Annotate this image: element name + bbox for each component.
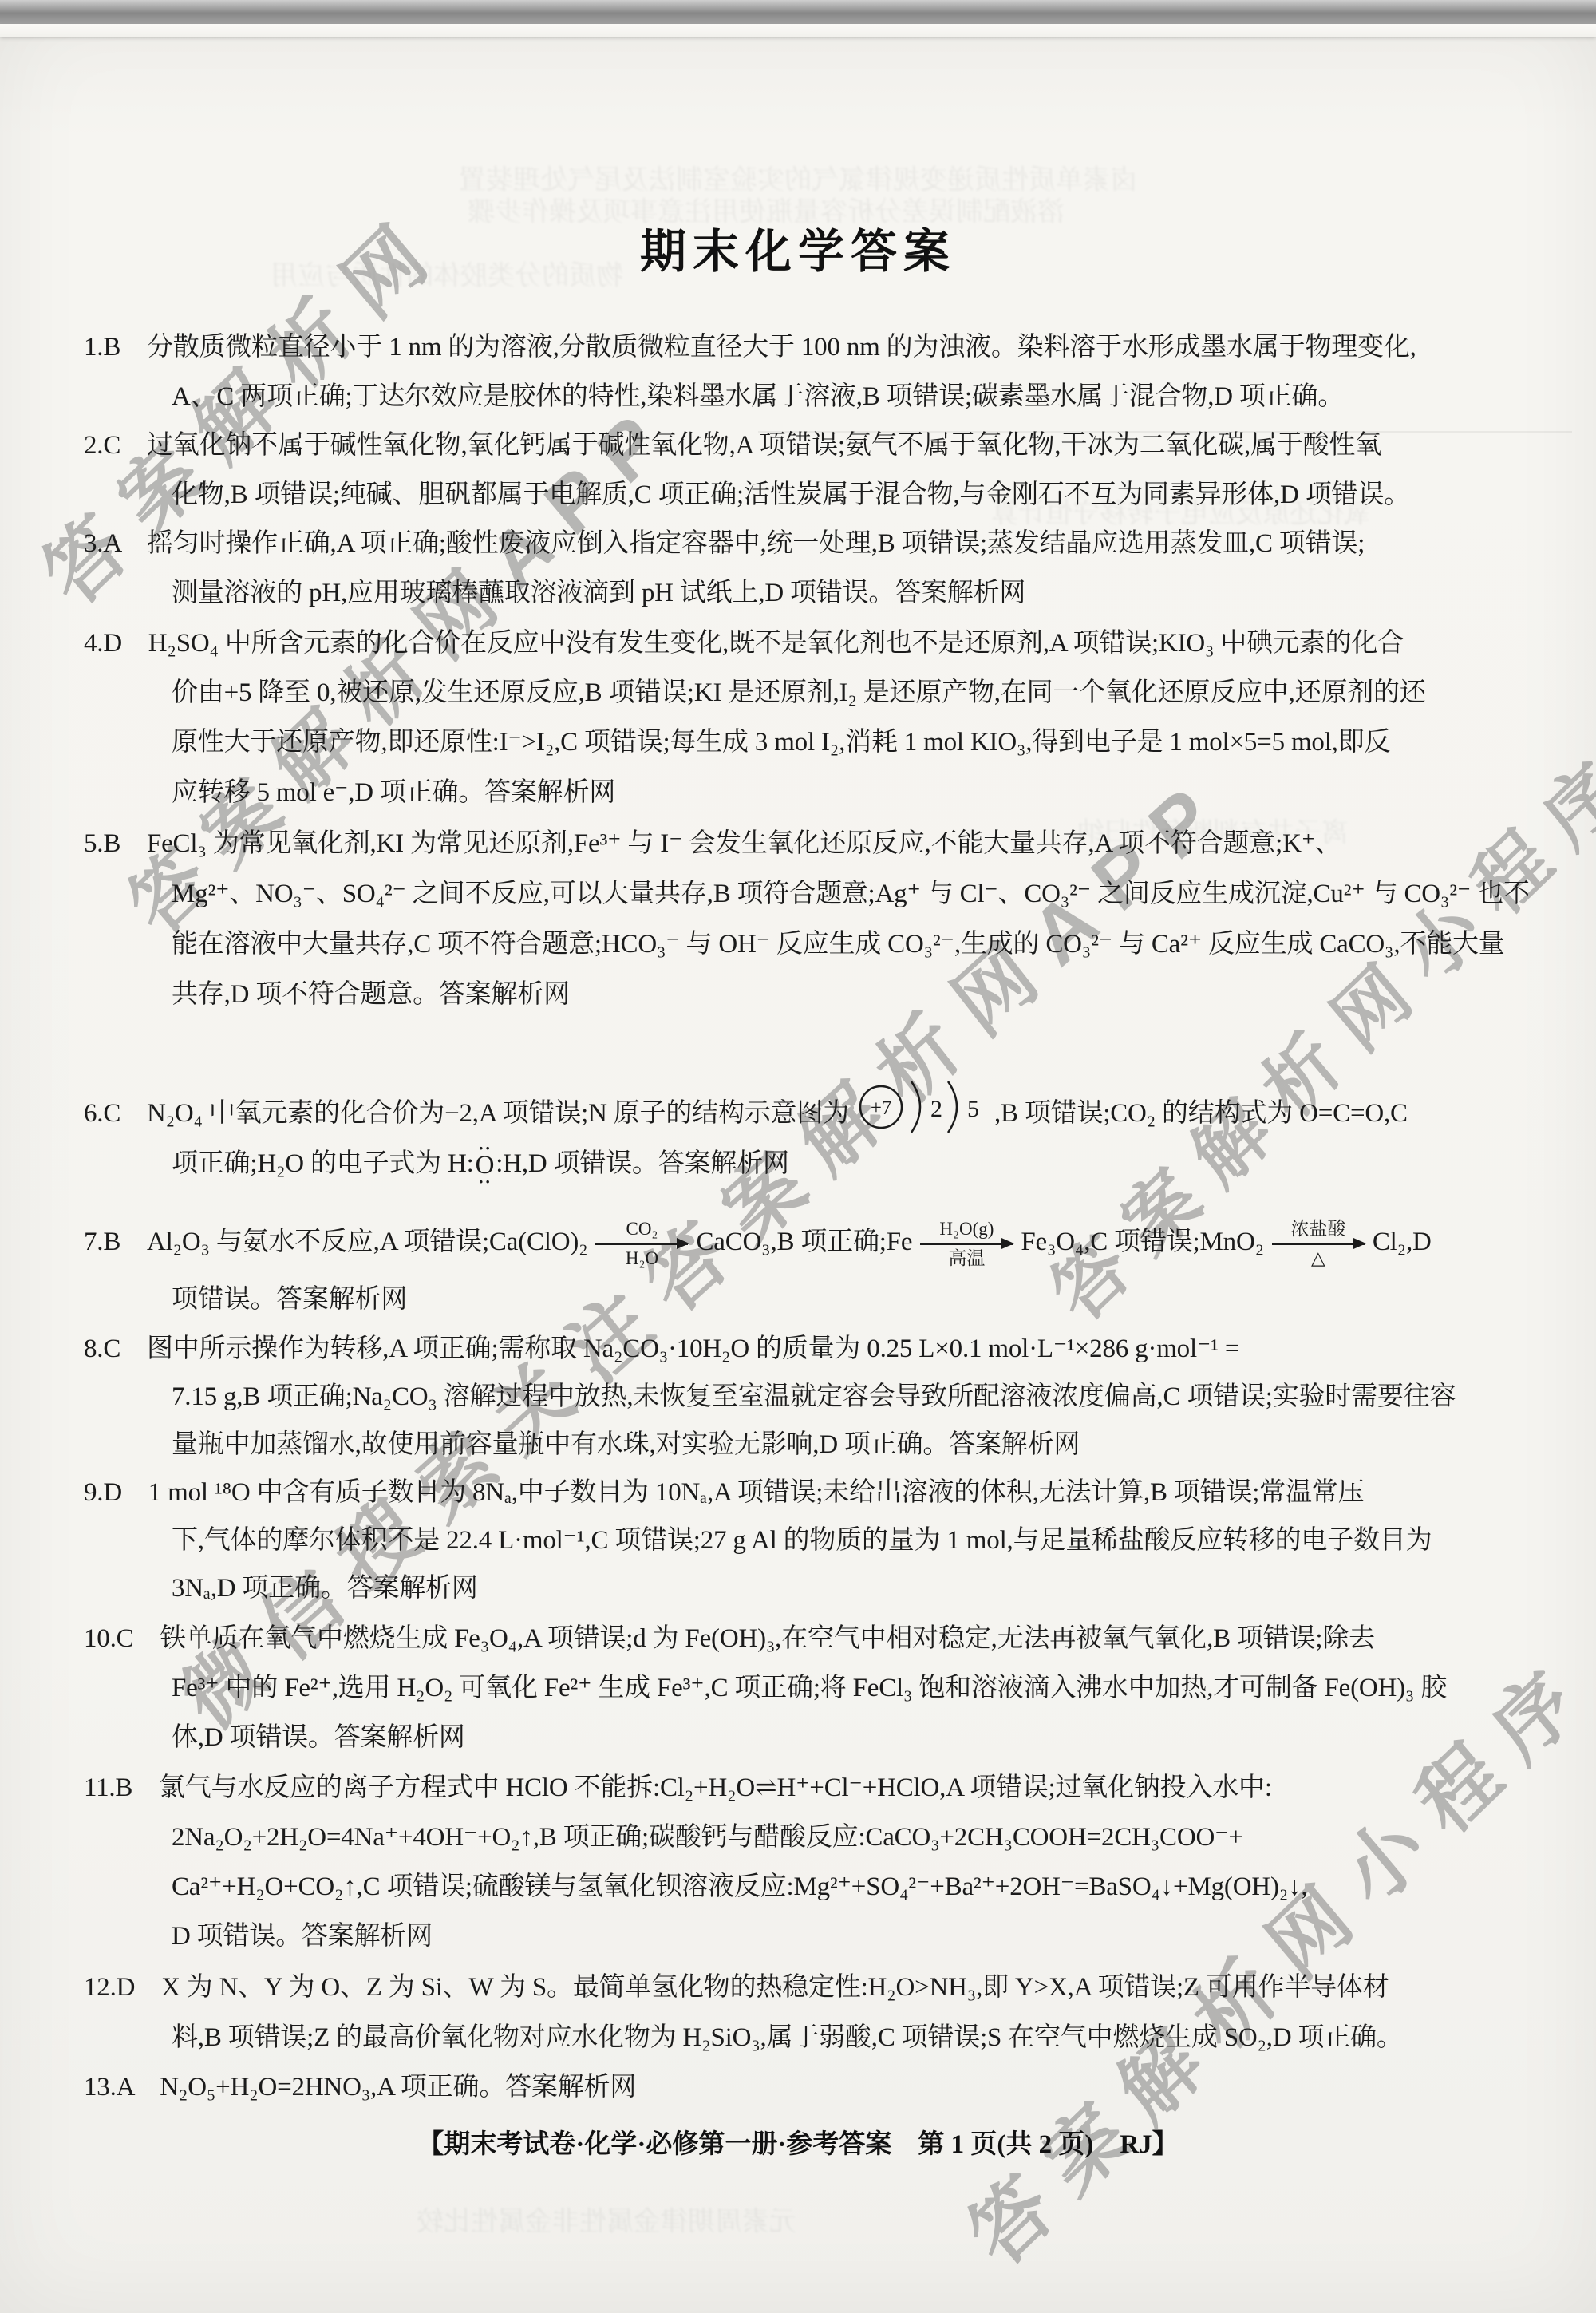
answer-line: 3.A 摇匀时操作正确,A 项正确;酸性废液应倒入指定容器中,统一处理,B 项错… [84, 519, 1365, 568]
answer-line: 7.B Al₂O₃ 与氨水不反应,A 项错误;Ca(ClO)₂CO₂H₂OCaC… [84, 1217, 1432, 1267]
answer-line: 2.C 过氧化钠不属于碱性氧化物,氧化钙属于碱性氧化物,A 项错误;氨气不属于氧… [84, 421, 1381, 470]
answer-text: 10.C 铁单质在氧气中燃烧生成 Fe₃O₄,A 项错误;d 为 Fe(OH)₃… [84, 1624, 1375, 1653]
answer-line: 项正确;H₂O 的电子式为 H:··O··:H,D 项错误。答案解析网 [172, 1139, 789, 1188]
answer-line: 下,气体的摩尔体积不是 22.4 L·mol⁻¹,C 项错误;27 g Al 的… [172, 1516, 1432, 1565]
atom-structure-diagram: +725 [854, 1061, 990, 1170]
answer-text: Fe₃O₄,C 项错误;MnO₂ [1021, 1228, 1264, 1256]
answer-line: 2Na₂O₂+2H₂O=4Na⁺+4OH⁻+O₂↑,B 项正确;碳酸钙与醋酸反应… [172, 1813, 1243, 1862]
scanned-page-photo: 卤素单质性质递变规律氯气的实验室制法及尾气处理装置溶液配制误差分析容量瓶使用注意… [0, 0, 1596, 2313]
answer-text: 4.D H₂SO₄ 中所含元素的化合价在反应中没有发生变化,既不是氧化剂也不是还… [84, 629, 1404, 658]
answer-text: 量瓶中加蒸馏水,故使用前容量瓶中有水珠,对实验无影响,D 项正确。答案解析网 [172, 1430, 1080, 1459]
answer-text: 项错误。答案解析网 [172, 1285, 407, 1314]
answer-text: D 项错误。答案解析网 [172, 1922, 433, 1951]
answer-text: 7.15 g,B 项正确;Na₂CO₃ 溶解过程中放热,未恢复至室温就定容会导致… [172, 1382, 1456, 1411]
answer-line: D 项错误。答案解析网 [172, 1912, 433, 1961]
answer-line: 6.C N₂O₄ 中氧元素的化合价为−2,A 项错误;N 原子的结构示意图为+7… [84, 1061, 1408, 1110]
answer-text: :H,D 项错误。答案解析网 [496, 1149, 789, 1178]
answer-line: 7.15 g,B 项正确;Na₂CO₃ 溶解过程中放热,未恢复至室温就定容会导致… [172, 1372, 1456, 1421]
answer-text: CaCO₃,B 项正确;Fe [696, 1228, 912, 1256]
answer-line: Ca²⁺+H₂O+CO₂↑,C 项错误;硫酸镁与氢氧化钡溶液反应:Mg²⁺+SO… [172, 1862, 1307, 1912]
answer-text: 7.B Al₂O₃ 与氨水不反应,A 项错误;Ca(ClO)₂ [84, 1228, 587, 1256]
answer-text: 价由+5 降至 0,被还原,发生还原反应,B 项错误;KI 是还原剂,I₂ 是还… [172, 678, 1426, 707]
reaction-arrow: 浓盐酸△ [1272, 1219, 1365, 1269]
reaction-condition-above: 浓盐酸 [1290, 1219, 1345, 1240]
answer-line: 1.B 分散质微粒直径小于 1 nm 的为溶液,分散质微粒直径大于 100 nm… [84, 322, 1416, 372]
answer-text: 5.B FeCl₃ 为常见氧化剂,KI 为常见还原剂,Fe³⁺ 与 I⁻ 会发生… [84, 829, 1341, 858]
answer-text: 8.C 图中所示操作为转移,A 项正确;需称取 Na₂CO₃·10H₂O 的质量… [84, 1334, 1239, 1363]
svg-text:5: 5 [967, 1096, 979, 1122]
answer-text: 原性大于还原产物,即还原性:I⁻>I₂,C 项错误;每生成 3 mol I₂,消… [172, 728, 1390, 757]
answer-text: 3Nₐ,D 项正确。答案解析网 [172, 1574, 478, 1603]
answer-text: 体,D 项错误。答案解析网 [172, 1723, 465, 1752]
answer-line: 项错误。答案解析网 [172, 1275, 407, 1324]
answer-text: 项正确;H₂O 的电子式为 H: [172, 1149, 474, 1178]
answer-text: 3.A 摇匀时操作正确,A 项正确;酸性废液应倒入指定容器中,统一处理,B 项错… [84, 529, 1365, 558]
answer-text: 11.B 氯气与水反应的离子方程式中 HClO 不能拆:Cl₂+H₂O⇌H⁺+C… [84, 1773, 1272, 1802]
answer-text: 13.A N₂O₅+H₂O=2HNO₃,A 项正确。答案解析网 [84, 2073, 636, 2101]
answer-text: 2.C 过氧化钠不属于碱性氧化物,氧化钙属于碱性氧化物,A 项错误;氨气不属于氧… [84, 431, 1381, 460]
photo-edge-band [0, 0, 1596, 24]
answer-text: 2Na₂O₂+2H₂O=4Na⁺+4OH⁻+O₂↑,B 项正确;碳酸钙与醋酸反应… [172, 1823, 1243, 1852]
arrow-shaft [920, 1243, 1013, 1245]
answer-lines: 1.B 分散质微粒直径小于 1 nm 的为溶液,分散质微粒直径大于 100 nm… [0, 0, 1596, 2313]
answer-line: 化物,B 项错误;纯碱、胆矾都属于电解质,C 项正确;活性炭属于混合物,与金刚石… [172, 470, 1410, 520]
reaction-condition-above: CO₂ [626, 1219, 658, 1240]
answer-line: 原性大于还原产物,即还原性:I⁻>I₂,C 项错误;每生成 3 mol I₂,消… [172, 718, 1390, 767]
reaction-arrow: CO₂H₂O [595, 1219, 688, 1269]
reaction-condition-below: △ [1311, 1248, 1325, 1269]
svg-text:2: 2 [930, 1096, 942, 1122]
answer-text: 9.D 1 mol ¹⁸O 中含有质子数目为 8Nₐ,中子数目为 10Nₐ,A … [84, 1478, 1364, 1507]
reaction-arrow: H₂O(g)高温 [920, 1219, 1013, 1269]
answer-line: 测量溶液的 pH,应用玻璃棒蘸取溶液滴到 pH 试纸上,D 项错误。答案解析网 [172, 568, 1025, 618]
answer-line: 12.D X 为 N、Y 为 O、Z 为 Si、W 为 S。最简单氢化物的热稳定… [84, 1963, 1389, 2012]
answer-text: 能在溶液中大量共存,C 项不符合题意;HCO₃⁻ 与 OH⁻ 反应生成 CO₃²… [172, 930, 1505, 959]
answer-text: Ca²⁺+H₂O+CO₂↑,C 项错误;硫酸镁与氢氧化钡溶液反应:Mg²⁺+SO… [172, 1872, 1307, 1901]
reaction-condition-below: H₂O [626, 1248, 658, 1269]
answer-line: 应转移 5 mol e⁻,D 项正确。答案解析网 [172, 768, 615, 817]
answer-line: 量瓶中加蒸馏水,故使用前容量瓶中有水珠,对实验无影响,D 项正确。答案解析网 [172, 1420, 1080, 1469]
reaction-condition-above: H₂O(g) [939, 1219, 994, 1240]
answer-line: 8.C 图中所示操作为转移,A 项正确;需称取 Na₂CO₃·10H₂O 的质量… [84, 1324, 1239, 1374]
answer-line: 9.D 1 mol ¹⁸O 中含有质子数目为 8Nₐ,中子数目为 10Nₐ,A … [84, 1468, 1364, 1517]
answer-line: 4.D H₂SO₄ 中所含元素的化合价在反应中没有发生变化,既不是氧化剂也不是还… [84, 619, 1404, 668]
page-footer: 【期末考试卷·化学·必修第一册·参考答案 第 1 页(共 2 页) RJ】 [0, 2123, 1596, 2161]
paper-page: 卤素单质性质递变规律氯气的实验室制法及尾气处理装置溶液配制误差分析容量瓶使用注意… [0, 0, 1596, 2313]
answer-text: ,B 项错误;CO₂ 的结构式为 O=C=O,C [994, 1099, 1408, 1128]
answer-text: A、C 两项正确;丁达尔效应是胶体的特性,染料墨水属于溶液,B 项错误;碳素墨水… [172, 382, 1344, 411]
answer-text: 料,B 项错误;Z 的最高价氧化物对应水化物为 H₂SiO₃,属于弱酸,C 项错… [172, 2023, 1403, 2052]
answer-line: 13.A N₂O₅+H₂O=2HNO₃,A 项正确。答案解析网 [84, 2062, 636, 2112]
reaction-condition-below: 高温 [948, 1248, 985, 1269]
lewis-structure: ··O·· [476, 1144, 495, 1187]
answer-text: 1.B 分散质微粒直径小于 1 nm 的为溶液,分散质微粒直径大于 100 nm… [84, 333, 1416, 362]
answer-line: 价由+5 降至 0,被还原,发生还原反应,B 项错误;KI 是还原剂,I₂ 是还… [172, 668, 1426, 718]
answer-line: Mg²⁺、NO₃⁻、SO₄²⁻ 之间不反应,可以大量共存,B 项符合题意;Ag⁺… [172, 869, 1530, 919]
answer-text: 共存,D 项不符合题意。答案解析网 [172, 980, 570, 1009]
answer-line: 10.C 铁单质在氧气中燃烧生成 Fe₃O₄,A 项错误;d 为 Fe(OH)₃… [84, 1614, 1375, 1663]
answer-line: Fe³⁺ 中的 Fe²⁺,选用 H₂O₂ 可氧化 Fe²⁺ 生成 Fe³⁺,C … [172, 1663, 1447, 1713]
answer-line: 料,B 项错误;Z 的最高价氧化物对应水化物为 H₂SiO₃,属于弱酸,C 项错… [172, 2013, 1403, 2062]
answer-text: Mg²⁺、NO₃⁻、SO₄²⁻ 之间不反应,可以大量共存,B 项符合题意;Ag⁺… [172, 880, 1530, 908]
answer-text: 化物,B 项错误;纯碱、胆矾都属于电解质,C 项正确;活性炭属于混合物,与金刚石… [172, 480, 1410, 509]
answer-line: 5.B FeCl₃ 为常见氧化剂,KI 为常见还原剂,Fe³⁺ 与 I⁻ 会发生… [84, 819, 1341, 868]
answer-line: 11.B 氯气与水反应的离子方程式中 HClO 不能拆:Cl₂+H₂O⇌H⁺+C… [84, 1763, 1272, 1813]
answer-text: 12.D X 为 N、Y 为 O、Z 为 Si、W 为 S。最简单氢化物的热稳定… [84, 1973, 1389, 2002]
answer-text: 6.C N₂O₄ 中氧元素的化合价为−2,A 项错误;N 原子的结构示意图为 [84, 1099, 849, 1128]
answer-line: 3Nₐ,D 项正确。答案解析网 [172, 1564, 478, 1613]
lewis-dots-bottom: ·· [478, 1177, 492, 1187]
answer-text: Cl₂,D [1373, 1228, 1432, 1256]
paper-top-edge [0, 24, 1596, 37]
answer-text: Fe³⁺ 中的 Fe²⁺,选用 H₂O₂ 可氧化 Fe²⁺ 生成 Fe³⁺,C … [172, 1674, 1447, 1702]
arrow-shaft [595, 1243, 688, 1245]
answer-line: 能在溶液中大量共存,C 项不符合题意;HCO₃⁻ 与 OH⁻ 反应生成 CO₃²… [172, 919, 1505, 969]
answer-text: 下,气体的摩尔体积不是 22.4 L·mol⁻¹,C 项错误;27 g Al 的… [172, 1526, 1432, 1555]
answer-line: 体,D 项错误。答案解析网 [172, 1713, 465, 1762]
arrow-shaft [1272, 1243, 1365, 1245]
answer-text: 应转移 5 mol e⁻,D 项正确。答案解析网 [172, 778, 615, 807]
answer-line: A、C 两项正确;丁达尔效应是胶体的特性,染料墨水属于溶液,B 项错误;碳素墨水… [172, 372, 1344, 421]
answer-line: 共存,D 项不符合题意。答案解析网 [172, 970, 570, 1019]
svg-text:+7: +7 [871, 1097, 891, 1119]
answer-text: 测量溶液的 pH,应用玻璃棒蘸取溶液滴到 pH 试纸上,D 项错误。答案解析网 [172, 579, 1025, 607]
